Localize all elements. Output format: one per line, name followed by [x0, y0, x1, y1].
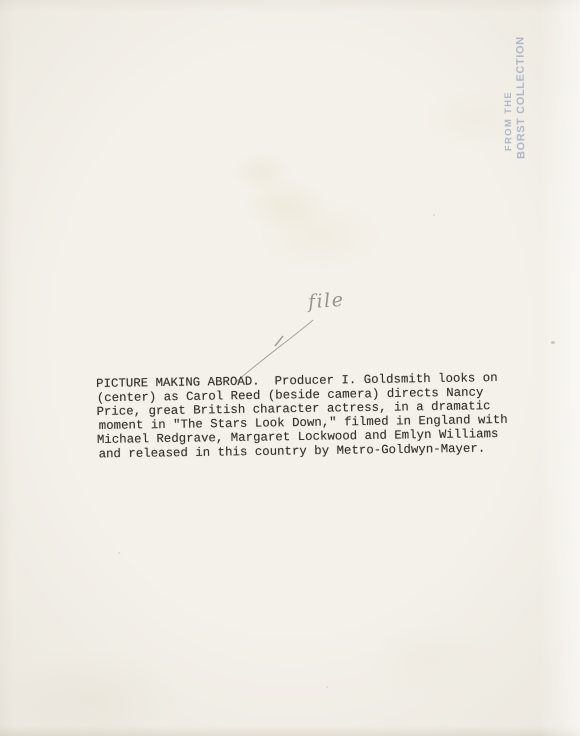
collection-stamp: FROM THE BORST COLLECTION — [502, 43, 533, 159]
photo-verso-paper: FROM THE BORST COLLECTION file PICTURE M… — [0, 0, 580, 736]
paper-speck — [118, 552, 120, 554]
paper-shading — [0, 0, 580, 736]
paper-speck — [433, 214, 435, 216]
stamp-line: FROM THE — [502, 43, 515, 151]
paper-speck — [326, 686, 328, 688]
handwritten-file-annotation: file — [307, 289, 345, 313]
paper-speck — [551, 341, 555, 344]
pencil-pointer-line — [0, 0, 580, 736]
typed-caption: PICTURE MAKING ABROAD. Producer I. Golds… — [96, 371, 527, 461]
stamp-line: BORST COLLECTION — [514, 43, 528, 159]
